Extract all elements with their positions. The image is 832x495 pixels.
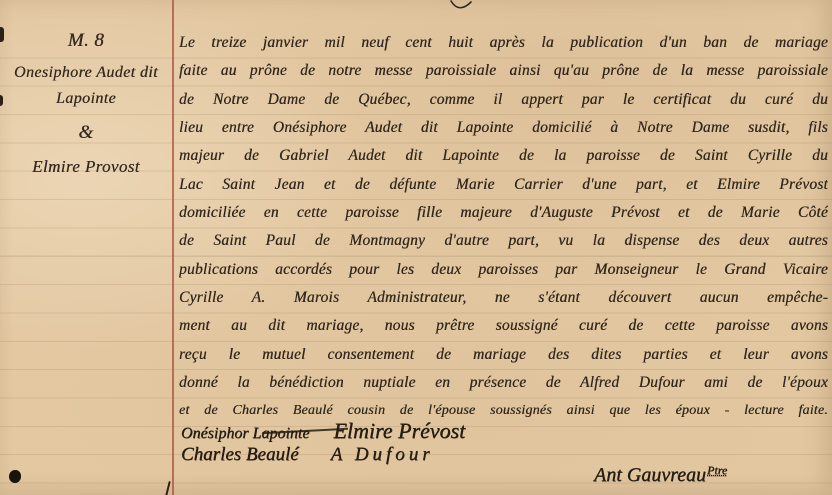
priest-name: Ant Gauvreau — [594, 464, 706, 486]
record-line: Le treize janvier mil neuf cent huit apr… — [179, 29, 828, 57]
register-page: M. 8 Onesiphore Audet dit Lapointe & Elm… — [0, 0, 832, 495]
signature-row-witnesses: Charles Beaulé A Dufour — [181, 444, 434, 466]
signature-row-spouses: Onésiphor Lapointe Elmire Prévost — [181, 418, 465, 444]
signature-bride: Elmire Prévost — [333, 418, 465, 443]
signature-witness-dufour: A Dufour — [331, 444, 434, 465]
stray-stroke-bottom — [165, 481, 171, 495]
priest-title: Ptre — [707, 463, 727, 477]
record-line: lieu entre Onésiphore Audet dit Lapointe… — [179, 114, 828, 142]
entry-number: M. 8 — [2, 30, 170, 52]
record-line: de Notre Dame de Québec, comme il appert… — [179, 86, 828, 114]
cutoff-stroke-top — [447, 0, 481, 14]
margin-rule-line — [172, 0, 174, 495]
margin-groom-name: Onesiphore Audet dit — [2, 60, 170, 86]
record-line: donné la bénédiction nuptiale en présenc… — [179, 369, 828, 397]
marriage-record-text: Le treize janvier mil neuf cent huit apr… — [179, 29, 828, 426]
record-line: Lac Saint Jean et de défunte Marie Carri… — [179, 171, 828, 199]
signature-witness-beaule: Charles Beaulé — [181, 444, 299, 465]
ampersand: & — [2, 118, 170, 148]
ink-blot — [9, 470, 21, 483]
signature-priest: Ant GauvreauPtre — [594, 463, 727, 487]
margin-annotation: M. 8 Onesiphore Audet dit Lapointe & Elm… — [2, 30, 170, 180]
record-line: publications accordés pour les deux paro… — [179, 256, 828, 284]
record-line: faite au prône de notre messe paroissial… — [179, 57, 828, 85]
margin-bride-name: Elmire Provost — [2, 154, 170, 180]
record-line: Cyrille A. Marois Administrateur, ne s'é… — [179, 284, 828, 312]
record-line: domiciliée en cette paroisse fille majeu… — [179, 199, 828, 227]
record-line: majeur de Gabriel Audet dit Lapointe de … — [179, 142, 828, 170]
record-line: reçu le mutuel consentement de mariage d… — [179, 341, 828, 369]
record-line: ment au dit mariage, nous prêtre soussig… — [179, 312, 828, 340]
margin-groom-surname: Lapointe — [2, 86, 170, 112]
record-line: de Saint Paul de Montmagny d'autre part,… — [179, 227, 828, 255]
signature-groom: Onésiphor Lapointe — [181, 425, 309, 442]
